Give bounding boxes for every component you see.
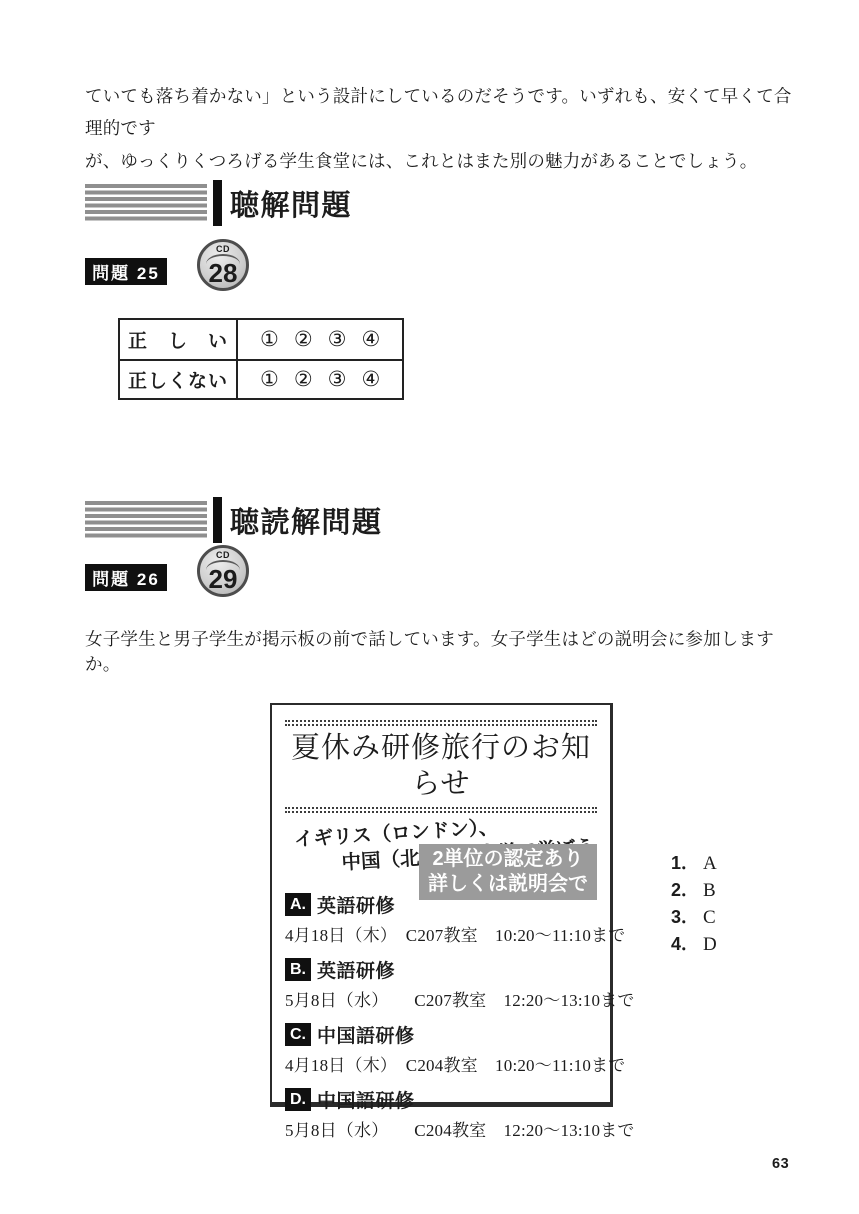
stripes-ornament xyxy=(85,184,207,223)
intro-paragraph: ていても落ち着かない」という設計にしているのだそうです。いずれも、安くて早くて合… xyxy=(85,80,800,177)
table-row-incorrect: 正しくない ① ② ③ ④ xyxy=(120,359,402,398)
table-row-correct: 正 し い ① ② ③ ④ xyxy=(120,320,402,359)
problem-25-badge: 問題 25 xyxy=(85,258,167,285)
vertical-bar-ornament xyxy=(213,497,222,543)
session-detail: 4月18日（木） C204教室 10:20～11:10まで xyxy=(285,1051,603,1076)
choice-number: 1． xyxy=(671,849,699,875)
session-detail: 4月18日（木） C207教室 10:20～11:10まで xyxy=(285,921,603,946)
choice-number: 2． xyxy=(671,876,699,902)
section-header-listening-reading: 聴読解問題 xyxy=(85,497,383,543)
session-letter-badge: B. xyxy=(285,958,311,981)
row-label: 正 し い xyxy=(120,320,238,359)
cd-track-28-icon: CD 28 xyxy=(197,239,249,291)
row-options: ① ② ③ ④ xyxy=(238,361,402,398)
choice-number: 4． xyxy=(671,930,699,956)
section-title: 聴解問題 xyxy=(230,183,352,224)
choice-letter: B xyxy=(703,880,716,902)
session-name: 中国語研修 xyxy=(317,1086,415,1113)
session-item-b: B. 英語研修 5月8日（水） C207教室 12:20～13:10まで xyxy=(285,956,603,1011)
stripes-ornament xyxy=(85,501,207,540)
cd-label: CD xyxy=(216,245,230,254)
option-2: ② xyxy=(294,327,313,352)
problem-26-instruction: 女子学生と男子学生が掲示板の前で話しています。女子学生はどの説明会に参加しますか… xyxy=(85,626,805,676)
session-letter-badge: C. xyxy=(285,1023,311,1046)
cd-track-number: 29 xyxy=(209,566,238,592)
problem-26-badge: 問題 26 xyxy=(85,564,167,591)
dotted-rule-top xyxy=(285,720,597,728)
answer-table: 正 し い ① ② ③ ④ 正しくない ① ② ③ ④ xyxy=(118,318,404,400)
vertical-bar-ornament xyxy=(213,180,222,226)
session-letter-badge: A. xyxy=(285,893,311,916)
session-item-a: A. 英語研修 4月18日（木） C207教室 10:20～11:10まで xyxy=(285,891,603,946)
choice-letter: C xyxy=(703,907,716,929)
session-letter-badge: D. xyxy=(285,1088,311,1111)
choice-2: 2． B xyxy=(671,876,717,903)
option-4: ④ xyxy=(361,367,380,392)
choice-1: 1． A xyxy=(671,849,717,876)
session-name: 英語研修 xyxy=(317,891,395,918)
section-title: 聴読解問題 xyxy=(230,500,383,541)
credit-badge-line-1: 2単位の認定あり xyxy=(428,847,588,872)
choice-3: 3． C xyxy=(671,903,717,930)
cd-track-number: 28 xyxy=(209,260,238,286)
answer-choices: 1． A 2． B 3． C 4． D xyxy=(671,849,717,957)
option-1: ① xyxy=(260,367,279,392)
notice-title: 夏休み研修旅行のお知らせ xyxy=(285,730,597,803)
session-list: A. 英語研修 4月18日（木） C207教室 10:20～11:10まで B.… xyxy=(285,891,603,1151)
choice-4: 4． D xyxy=(671,930,717,957)
option-4: ④ xyxy=(361,327,380,352)
choice-number: 3． xyxy=(671,903,699,929)
option-2: ② xyxy=(294,367,313,392)
session-item-c: C. 中国語研修 4月18日（木） C204教室 10:20～11:10まで xyxy=(285,1021,603,1076)
session-detail: 5月8日（水） C204教室 12:20～13:10まで xyxy=(285,1116,603,1141)
session-item-d: D. 中国語研修 5月8日（水） C204教室 12:20～13:10まで xyxy=(285,1086,603,1141)
row-label: 正しくない xyxy=(120,361,238,398)
cd-label: CD xyxy=(216,551,230,560)
textbook-page: ていても落ち着かない」という設計にしているのだそうです。いずれも、安くて早くて合… xyxy=(0,0,859,1214)
option-3: ③ xyxy=(328,367,347,392)
bulletin-notice-box: 夏休み研修旅行のお知らせ イギリス（ロンドン）、 中国（北京）の大学で学ぼう 2… xyxy=(270,703,613,1107)
option-1: ① xyxy=(260,327,279,352)
row-options: ① ② ③ ④ xyxy=(238,320,402,359)
section-header-listening: 聴解問題 xyxy=(85,180,352,226)
session-name: 英語研修 xyxy=(317,956,395,983)
page-number: 63 xyxy=(772,1156,789,1172)
intro-line-2: が、ゆっくりくつろげる学生食堂には、これとはまた別の魅力があることでしょう。 xyxy=(85,145,800,177)
cd-track-29-icon: CD 29 xyxy=(197,545,249,597)
option-3: ③ xyxy=(328,327,347,352)
intro-line-1: ていても落ち着かない」という設計にしているのだそうです。いずれも、安くて早くて合… xyxy=(85,80,800,145)
choice-letter: A xyxy=(703,853,717,875)
session-detail: 5月8日（水） C207教室 12:20～13:10まで xyxy=(285,986,603,1011)
choice-letter: D xyxy=(703,934,717,956)
session-name: 中国語研修 xyxy=(317,1021,415,1048)
